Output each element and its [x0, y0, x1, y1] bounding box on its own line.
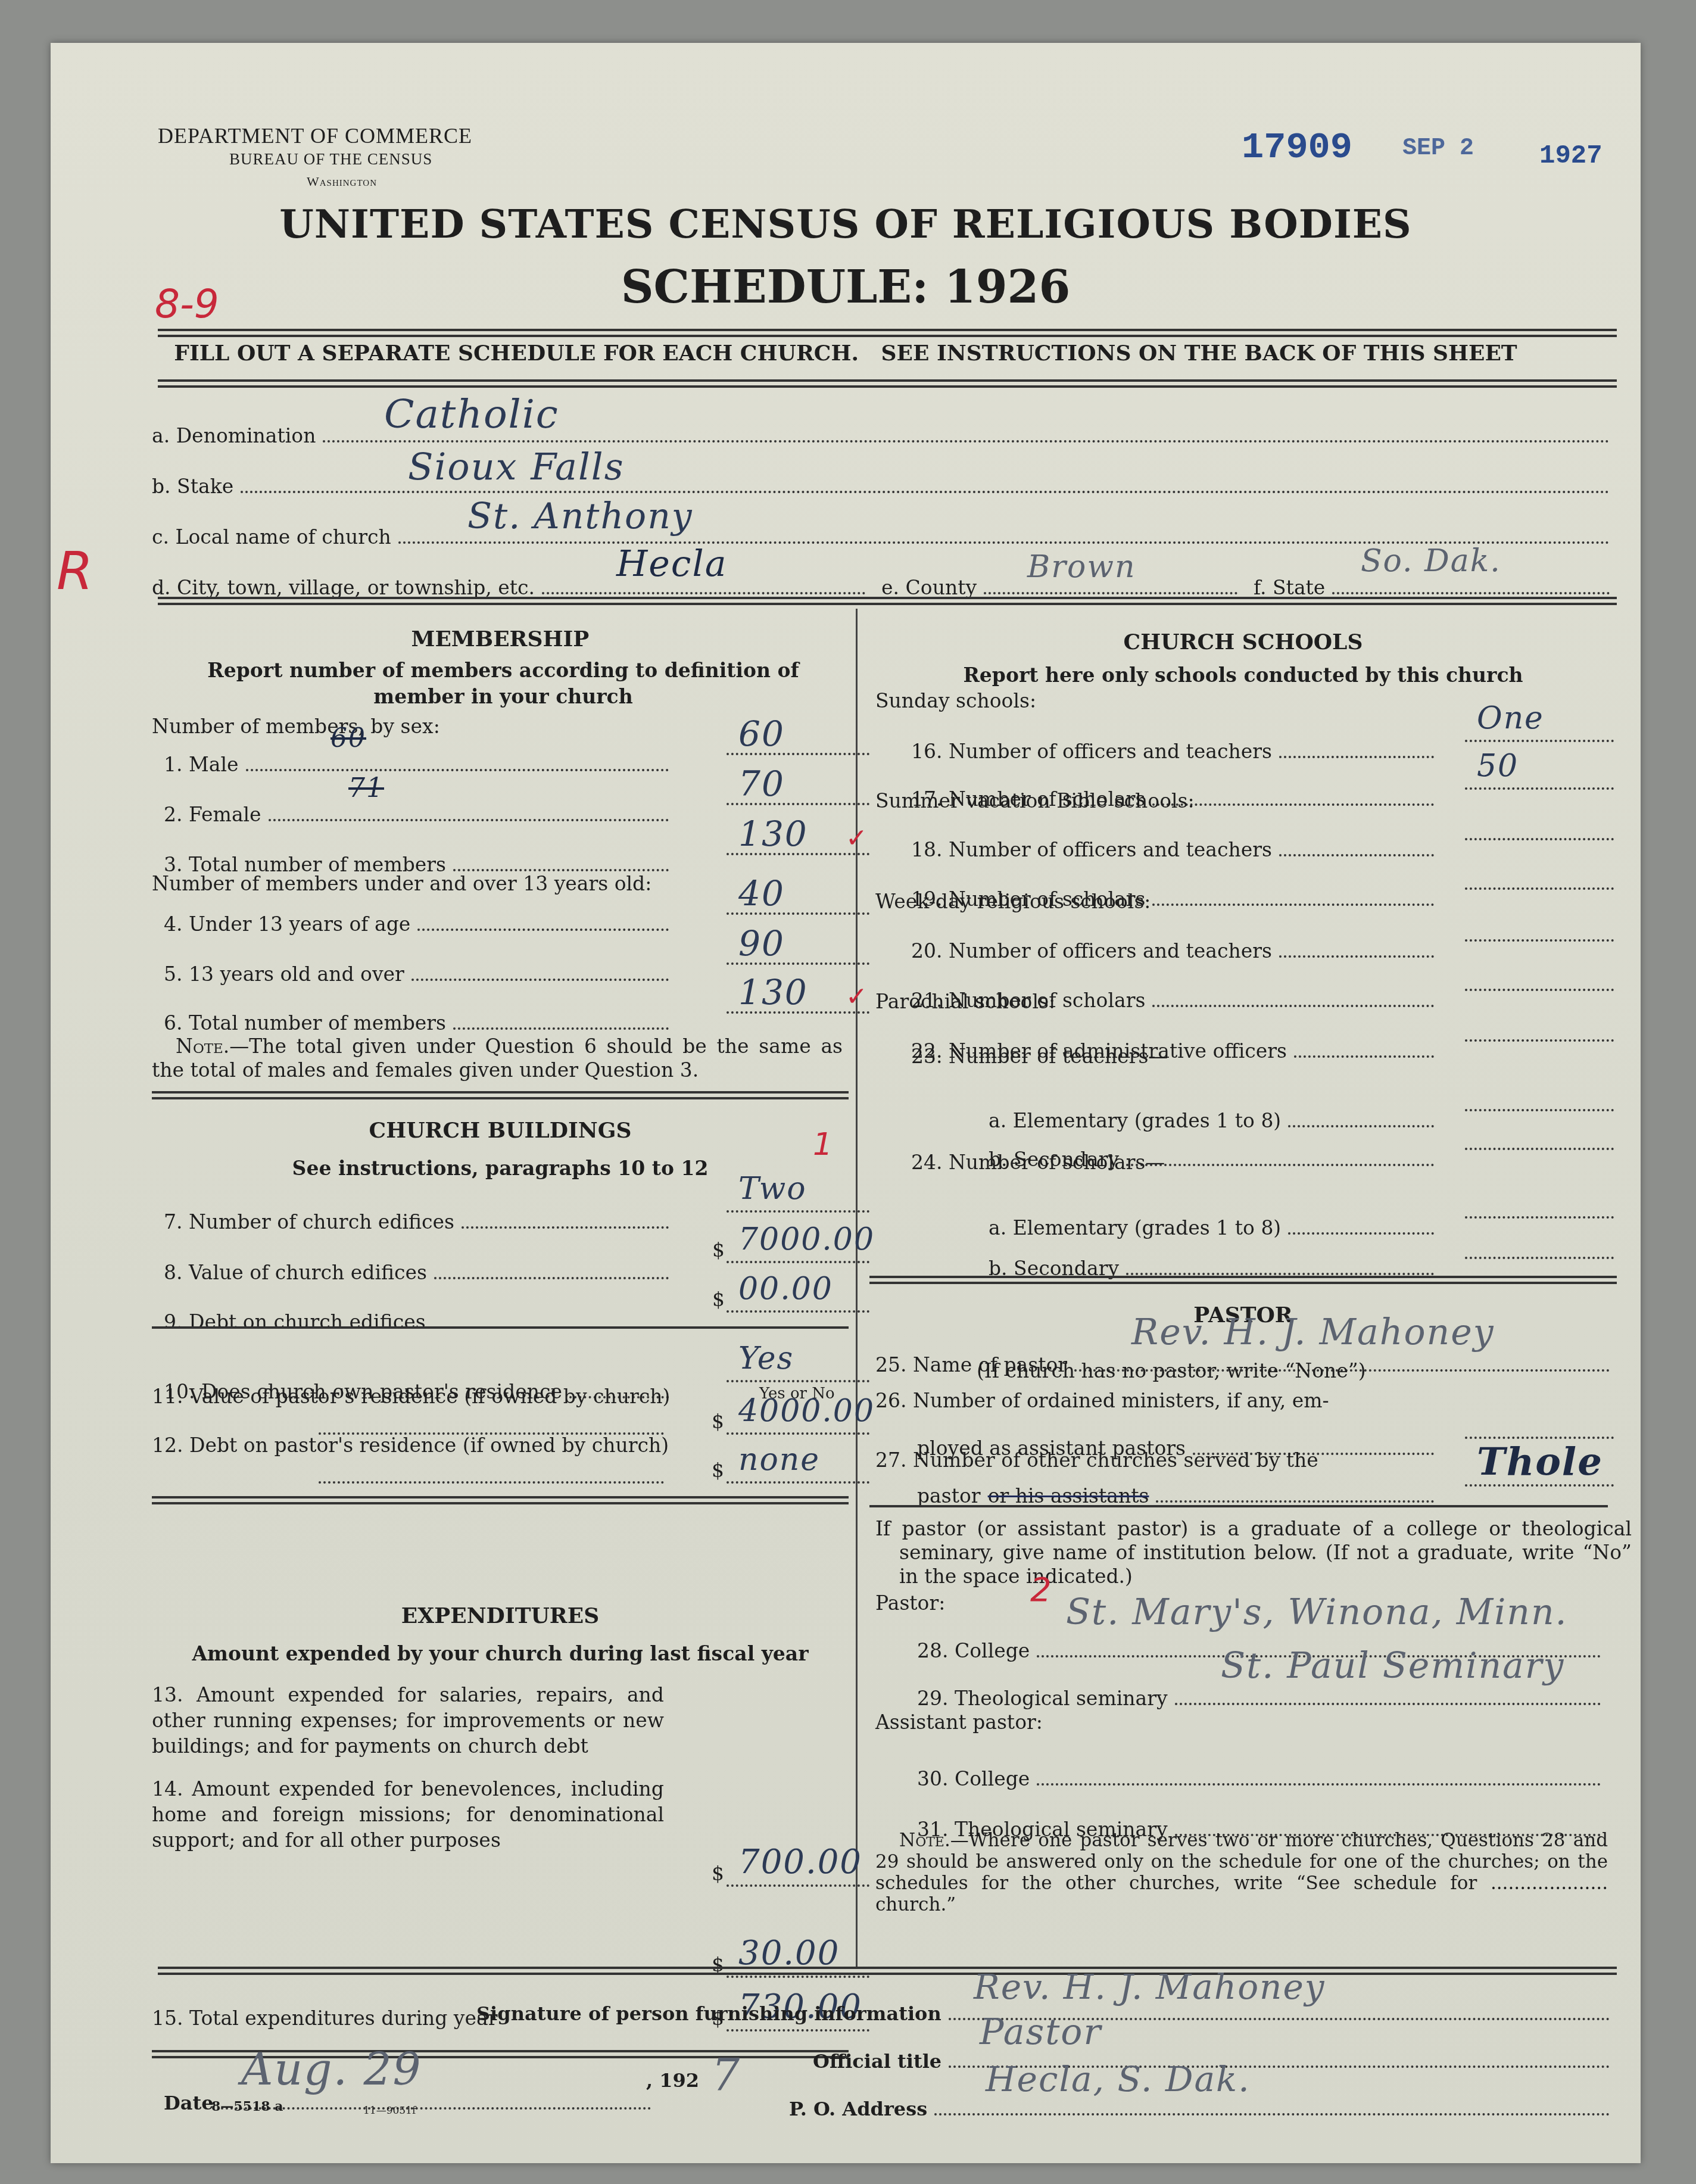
building-row: 8. Value of church edifices — [164, 1261, 676, 1284]
answer-field[interactable] — [1465, 1484, 1614, 1487]
state-label: f. State — [1254, 576, 1325, 599]
dollar-sign: $ — [712, 1410, 724, 1433]
church-name-label: c. Local name of church — [152, 525, 391, 549]
schedule-title: SCHEDULE: 1926 — [51, 260, 1641, 313]
dollar-sign: $ — [712, 1862, 724, 1885]
answer-field[interactable] — [727, 1432, 869, 1435]
assistant-college-row: 30. College — [917, 1767, 1608, 1790]
stake-label: b. Stake — [152, 475, 233, 498]
date-field[interactable] — [221, 2107, 651, 2110]
answer-field[interactable] — [727, 1380, 869, 1382]
red-correction: 1 — [813, 1127, 833, 1163]
city-name: Washington — [307, 174, 377, 189]
question-label: 27. Number of other churches served by t… — [875, 1448, 1318, 1472]
question-label: 5. 13 years old and over — [164, 962, 404, 986]
print-code: 11—9051f — [363, 2105, 416, 2117]
school-row: 16. Number of officers and teachers — [911, 740, 1441, 763]
denomination-row: a. Denomination — [152, 424, 1617, 447]
red-annotation-8-9: 8-9 — [155, 281, 219, 327]
department-name: DEPARTMENT OF COMMERCE — [158, 123, 472, 148]
po-address-row: P. O. Address — [789, 2098, 1617, 2120]
leader-dots — [462, 1226, 669, 1229]
stake-row: b. Stake — [152, 475, 1617, 498]
answer-value: Yes — [738, 1341, 794, 1376]
divider — [158, 597, 1617, 605]
question-label: pastor — [917, 1484, 981, 1507]
question-label: 24. Number of scholars— — [911, 1151, 1165, 1174]
membership-heading: MEMBERSHIP — [152, 627, 849, 652]
stake-value: Sioux Falls — [408, 445, 624, 488]
question-label: 11. Value of pastor's residence (if owne… — [152, 1384, 676, 1410]
state-value: So. Dak. — [1361, 543, 1501, 579]
denomination-field[interactable] — [323, 440, 1610, 443]
answer-field[interactable] — [1465, 838, 1614, 840]
question-label: 20. Number of officers and teachers — [911, 939, 1272, 962]
po-address-value: Hecla, S. Dak. — [986, 2059, 1251, 2099]
divider — [152, 1496, 849, 1504]
stamp-number: 17909 — [1242, 126, 1352, 169]
membership-subtitle: Report number of members according to de… — [188, 658, 819, 710]
leader-dots — [1152, 1005, 1434, 1007]
divider — [152, 1091, 849, 1099]
census-schedule-sheet: DEPARTMENT OF COMMERCE BUREAU OF THE CEN… — [51, 43, 1641, 2163]
leader-dots — [319, 1481, 664, 1484]
leader-dots — [453, 1027, 669, 1030]
answer-value: none — [738, 1442, 820, 1478]
leader-dots — [1279, 854, 1434, 856]
form-number: 8—5518 a — [211, 2099, 283, 2114]
official-title-label: Official title — [813, 2050, 941, 2073]
answer-value: 90 — [738, 923, 785, 964]
year-prefix: , 192 — [646, 2069, 699, 2092]
seminary-row: 29. Theological seminary — [917, 1687, 1608, 1710]
answer-value: 00.00 — [738, 1271, 833, 1307]
state-field[interactable] — [1332, 592, 1610, 594]
answer-field[interactable] — [727, 1884, 869, 1887]
question-label: 6. Total number of members — [164, 1011, 446, 1035]
note-text: —The total given under Question 6 should… — [152, 1035, 843, 1082]
question-label: 4. Under 13 years of age — [164, 912, 410, 936]
graduate-instructions: If pastor (or assistant pastor) is a gra… — [875, 1517, 1632, 1588]
answer-value: 130 — [738, 814, 808, 854]
official-title-value: Pastor — [980, 2011, 1102, 2053]
leader-dots — [246, 769, 669, 771]
answer-value: Thole — [1477, 1440, 1603, 1484]
membership-row: 6. Total number of members — [164, 1011, 676, 1035]
answer-field[interactable] — [1465, 939, 1614, 942]
question-label: 23. Number of teachers— — [911, 1045, 1168, 1068]
question-label: 30. College — [917, 1767, 1030, 1790]
answer-field[interactable] — [1465, 989, 1614, 991]
assistant-pastor-subheading: Assistant pastor: — [875, 1711, 1043, 1734]
dollar-sign: $ — [712, 1238, 725, 1261]
city-row: d. City, town, village, or township, etc… — [152, 576, 872, 599]
leader-dots — [1037, 1783, 1601, 1786]
leader-dots — [1294, 1055, 1434, 1058]
divider — [869, 1505, 1608, 1507]
bureau-name: BUREAU OF THE CENSUS — [229, 150, 432, 169]
answer-value: 130 — [738, 972, 808, 1012]
state-row: f. State — [1254, 576, 1617, 599]
answer-field[interactable] — [1465, 1437, 1614, 1439]
divider — [158, 379, 1617, 388]
question-label: 1. Male — [164, 753, 239, 776]
church-name-value: St. Anthony — [467, 496, 693, 537]
question-label: 2. Female — [164, 803, 261, 826]
college-value: St. Mary's, Winona, Minn. — [1066, 1591, 1568, 1633]
answer-value: 40 — [738, 873, 785, 914]
church-schools-heading: CHURCH SCHOOLS — [869, 630, 1617, 655]
dollar-sign: $ — [712, 1459, 724, 1482]
school-group-label: Sunday schools: — [875, 689, 1036, 712]
answer-field[interactable] — [727, 1976, 869, 1978]
question-label: 26. Number of ordained ministers, if any… — [875, 1389, 1329, 1412]
dollar-sign: $ — [712, 1288, 725, 1311]
membership-row: 5. 13 years old and over — [164, 962, 676, 986]
po-address-label: P. O. Address — [789, 2098, 927, 2120]
question-label: 29. Theological seminary — [917, 1687, 1168, 1710]
answer-field[interactable] — [727, 1210, 869, 1213]
school-group-label: Week-day religious schools: — [875, 890, 1151, 913]
question-label: 13. Amount expended for salaries, repair… — [152, 1682, 664, 1759]
divider — [158, 1967, 1617, 1975]
question-label: 12. Debt on pastor's residence (if owned… — [152, 1432, 676, 1459]
pastor-name-hint: (If church has no pastor, write “None”) — [977, 1359, 1366, 1382]
struck-value: 60 — [331, 723, 366, 753]
denomination-label: a. Denomination — [152, 424, 316, 447]
note-text: —Where one pastor serves two or more chu… — [875, 1830, 1608, 1915]
red-annotation-r: R — [57, 540, 93, 602]
answer-field[interactable] — [1465, 1148, 1614, 1150]
by-sex-label: Number of members, by sex: — [152, 715, 440, 738]
leader-dots — [1288, 1125, 1434, 1127]
divider — [152, 1326, 849, 1329]
struck-value: 71 — [348, 773, 384, 803]
pastor-subheading: Pastor: — [875, 1591, 945, 1615]
membership-row: 2. Female — [164, 803, 676, 826]
stamp-date: SEP 2 — [1402, 135, 1474, 162]
answer-value: 7000.00 — [738, 1222, 875, 1257]
form-title: UNITED STATES CENSUS OF RELIGIOUS BODIES — [51, 201, 1641, 247]
answer-field[interactable] — [1465, 787, 1614, 790]
answer-field[interactable] — [727, 1261, 869, 1263]
question-label: a. Elementary (grades 1 to 8) — [989, 1216, 1281, 1239]
question-label: 8. Value of church edifices — [164, 1261, 427, 1284]
date-value: Aug. 29 — [241, 2044, 422, 2095]
other-churches-row: pastoror his assistants — [917, 1484, 1441, 1507]
question-label: 16. Number of officers and teachers — [911, 740, 1272, 763]
signature-label: Signature of person furnishing informati… — [476, 2002, 941, 2025]
answer-field[interactable] — [1465, 740, 1614, 742]
question-label: 18. Number of officers and teachers — [911, 838, 1272, 861]
pastor-name-value: Rev. H. J. Mahoney — [1131, 1311, 1495, 1353]
answer-field[interactable] — [1465, 1109, 1614, 1111]
school-row: 18. Number of officers and teachers — [911, 838, 1441, 861]
leader-dots — [453, 869, 669, 871]
leader-dots — [1175, 1703, 1601, 1705]
school-row: 20. Number of officers and teachers — [911, 939, 1441, 962]
church-buildings-heading: CHURCH BUILDINGS — [152, 1118, 849, 1143]
instruction-banner: FILL OUT A SEPARATE SCHEDULE FOR EACH CH… — [51, 341, 1641, 366]
answer-field[interactable] — [1465, 1257, 1614, 1259]
divider — [158, 329, 1617, 337]
divider — [869, 1276, 1617, 1284]
red-annotation-2: 2 — [1030, 1571, 1052, 1609]
leader-dots — [1288, 1232, 1434, 1235]
school-row: a. Elementary (grades 1 to 8) — [989, 1109, 1441, 1132]
po-address-field[interactable] — [934, 2113, 1610, 2116]
expenditures-heading: EXPENDITURES — [152, 1603, 849, 1628]
by-age-label: Number of members under and over 13 year… — [152, 872, 651, 895]
answer-field[interactable] — [727, 1481, 869, 1484]
question-label: 28. College — [917, 1639, 1030, 1662]
county-field[interactable] — [984, 592, 1237, 594]
column-divider — [856, 609, 858, 1967]
building-row: 9. Debt on church edifices — [164, 1310, 676, 1334]
leader-dots — [269, 819, 669, 821]
answer-field[interactable] — [727, 1310, 869, 1313]
answer-value: Two — [738, 1171, 807, 1207]
answer-field[interactable] — [1465, 1039, 1614, 1042]
school-row: a. Elementary (grades 1 to 8) — [989, 1216, 1441, 1239]
leader-dots — [1152, 903, 1434, 906]
leader-dots — [1152, 803, 1434, 806]
leader-dots — [1156, 1500, 1434, 1503]
answer-value: 4000.00 — [738, 1393, 875, 1429]
school-group-label: Parochial schools: — [875, 990, 1055, 1013]
question-label: 14. Amount expended for benevolences, in… — [152, 1776, 664, 1853]
county-label: e. County — [881, 576, 977, 599]
church-schools-subtitle: Report here only schools conducted by th… — [869, 663, 1617, 687]
leader-dots — [411, 979, 669, 981]
answer-field[interactable] — [1465, 1216, 1614, 1219]
check-mark-icon: ✓ — [846, 982, 868, 1012]
stake-field[interactable] — [241, 491, 1610, 493]
leader-dots — [1126, 1164, 1434, 1166]
membership-row: 1. Male — [164, 753, 676, 776]
struck-text: or his assistants — [988, 1484, 1149, 1507]
membership-note: Note.—The total given under Question 6 s… — [152, 1035, 843, 1082]
answer-value: One — [1477, 700, 1544, 736]
note-lead: Note. — [899, 1830, 950, 1851]
city-field[interactable] — [542, 592, 865, 594]
check-mark-icon: ✓ — [846, 823, 868, 853]
pastor-note: Note.—Where one pastor serves two or mor… — [875, 1830, 1608, 1915]
answer-field[interactable] — [1465, 887, 1614, 890]
date-label: Date — [164, 2092, 214, 2114]
answer-field[interactable] — [727, 2029, 869, 2032]
leader-dots — [434, 1277, 669, 1279]
answer-value: 60 — [738, 714, 785, 754]
city-label: d. City, town, village, or township, etc… — [152, 576, 535, 599]
answer-value: 70 — [738, 764, 785, 804]
county-value: Brown — [1027, 549, 1136, 585]
answer-value: 50 — [1477, 748, 1519, 784]
expenditures-subtitle: Amount expended by your church during la… — [152, 1642, 849, 1665]
answer-value: 700.00 — [738, 1843, 862, 1881]
building-row: 7. Number of church edifices — [164, 1210, 676, 1233]
question-label: 9. Debt on church edifices — [164, 1310, 426, 1334]
denomination-value: Catholic — [384, 391, 559, 437]
leader-dots — [417, 929, 669, 931]
leader-dots — [1126, 1273, 1434, 1275]
leader-dots — [1279, 955, 1434, 958]
note-lead: Note. — [176, 1035, 229, 1058]
school-group-label: Summer vacation Bible schools: — [875, 789, 1195, 812]
leader-dots — [1279, 756, 1434, 758]
question-label: a. Elementary (grades 1 to 8) — [989, 1109, 1281, 1132]
city-value: Hecla — [616, 543, 727, 585]
stamp-year: 1927 — [1539, 141, 1603, 171]
membership-row: 4. Under 13 years of age — [164, 912, 676, 936]
question-label: 7. Number of church edifices — [164, 1210, 454, 1233]
seminary-value: St. Paul Seminary — [1221, 1645, 1564, 1687]
signature-value: Rev. H. J. Mahoney — [974, 1967, 1326, 2007]
year-digit: 7 — [712, 2050, 741, 2101]
